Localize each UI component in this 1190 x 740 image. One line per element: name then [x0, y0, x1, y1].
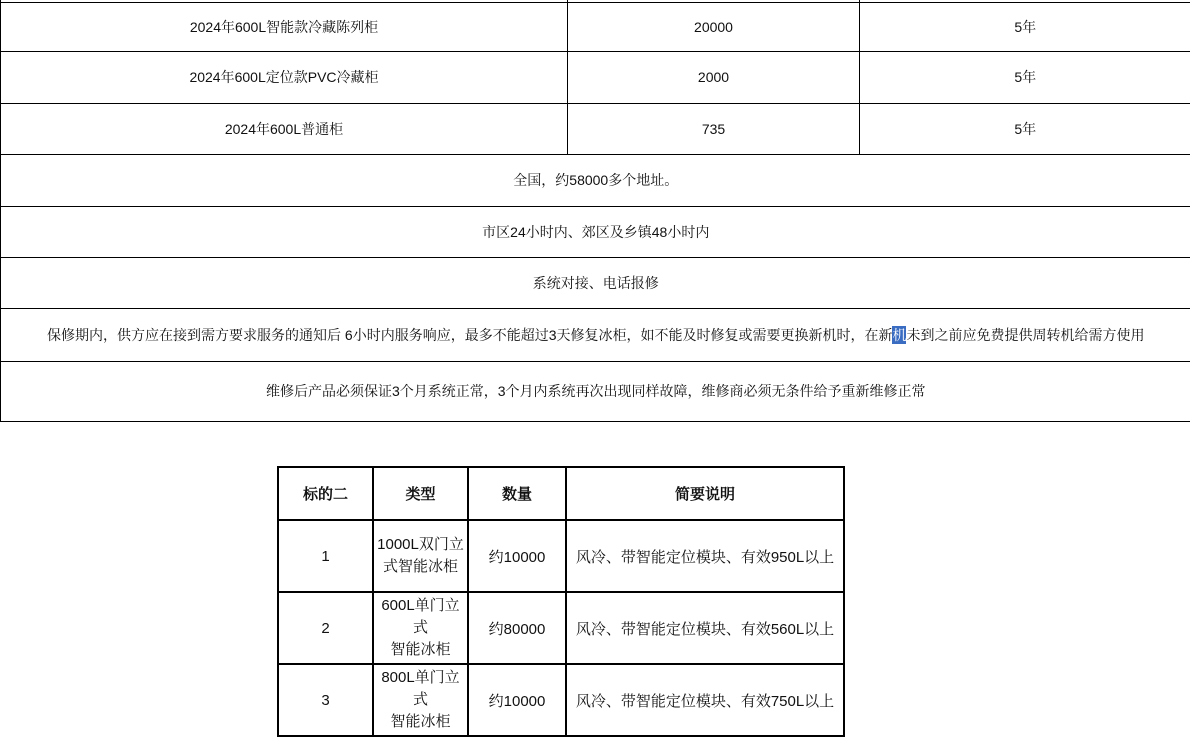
row-number-cell: 1: [278, 520, 373, 592]
qty-cell: 约10000: [468, 520, 566, 592]
product-qty-cell: 735: [568, 103, 860, 154]
report-method-cell: 系统对接、电话报修: [1, 257, 1190, 308]
type-line: 600L单门立式: [377, 595, 464, 639]
table-row: 保修期内，供方应在接到需方要求服务的通知后 6小时内服务响应，最多不能超过3天修…: [1, 308, 1190, 361]
row-number-cell: 3: [278, 664, 373, 736]
table-header-row: 标的二 类型 数量 简要说明: [278, 467, 844, 520]
lot-two-table: 标的二 类型 数量 简要说明 1 1000L双门立 式智能冰柜 约10000 风…: [277, 466, 845, 737]
product-name-cell: 2024年600L智能款冷藏陈列柜: [1, 2, 568, 51]
table-row: 1 1000L双门立 式智能冰柜 约10000 风冷、带智能定位模块、有效950…: [278, 520, 844, 592]
table-row: 2024年600L定位款PVC冷藏柜 2000 5年: [1, 51, 1190, 103]
type-cell: 600L单门立式 智能冰柜: [373, 592, 468, 664]
product-name-cell: 2024年600L普通柜: [1, 103, 568, 154]
procurement-summary-table: 2024年600L智能款冷藏陈列柜 20000 5年 2024年600L定位款P…: [0, 0, 1190, 422]
product-name-cell: 2024年600L定位款PVC冷藏柜: [1, 51, 568, 103]
warranty-text-before: 保修期内，供方应在接到需方要求服务的通知后 6小时内服务响应，最多不能超过3天修…: [47, 327, 892, 343]
table-row: 全国，约58000多个地址。: [1, 154, 1190, 206]
header-qty: 数量: [468, 467, 566, 520]
table-row: 3 800L单门立式 智能冰柜 约10000 风冷、带智能定位模块、有效750L…: [278, 664, 844, 736]
warranty-text-after: 未到之前应免费提供周转机给需方使用: [906, 327, 1144, 343]
table-row: 2 600L单门立式 智能冰柜 约80000 风冷、带智能定位模块、有效560L…: [278, 592, 844, 664]
type-line: 智能冰柜: [377, 639, 464, 661]
coverage-area-cell: 全国，约58000多个地址。: [1, 154, 1190, 206]
header-lot: 标的二: [278, 467, 373, 520]
table-row: 维修后产品必须保证3个月系统正常，3个月内系统再次出现同样故障，维修商必须无条件…: [1, 361, 1190, 421]
product-warranty-cell: 5年: [860, 51, 1190, 103]
type-cell: 1000L双门立 式智能冰柜: [373, 520, 468, 592]
table-row: 2024年600L智能款冷藏陈列柜 20000 5年: [1, 2, 1190, 51]
table-row: 系统对接、电话报修: [1, 257, 1190, 308]
type-cell: 800L单门立式 智能冰柜: [373, 664, 468, 736]
type-line: 智能冰柜: [377, 711, 464, 733]
desc-cell: 风冷、带智能定位模块、有效950L以上: [566, 520, 844, 592]
header-type: 类型: [373, 467, 468, 520]
product-qty-cell: 2000: [568, 51, 860, 103]
type-line: 1000L双门立: [377, 534, 464, 556]
table-row: 市区24小时内、郊区及乡镇48小时内: [1, 206, 1190, 257]
selected-text: 机: [892, 326, 906, 344]
product-qty-cell: 20000: [568, 2, 860, 51]
qty-cell: 约80000: [468, 592, 566, 664]
lot-two-table-container: 标的二 类型 数量 简要说明 1 1000L双门立 式智能冰柜 约10000 风…: [277, 466, 843, 737]
product-warranty-cell: 5年: [860, 2, 1190, 51]
qty-cell: 约10000: [468, 664, 566, 736]
type-line: 800L单门立式: [377, 667, 464, 711]
type-line: 式智能冰柜: [377, 556, 464, 578]
table-row: 2024年600L普通柜 735 5年: [1, 103, 1190, 154]
desc-cell: 风冷、带智能定位模块、有效560L以上: [566, 592, 844, 664]
warranty-terms-cell: 保修期内，供方应在接到需方要求服务的通知后 6小时内服务响应，最多不能超过3天修…: [1, 308, 1190, 361]
header-desc: 简要说明: [566, 467, 844, 520]
response-time-cell: 市区24小时内、郊区及乡镇48小时内: [1, 206, 1190, 257]
desc-cell: 风冷、带智能定位模块、有效750L以上: [566, 664, 844, 736]
row-number-cell: 2: [278, 592, 373, 664]
product-warranty-cell: 5年: [860, 103, 1190, 154]
repair-guarantee-cell: 维修后产品必须保证3个月系统正常，3个月内系统再次出现同样故障，维修商必须无条件…: [1, 361, 1190, 421]
